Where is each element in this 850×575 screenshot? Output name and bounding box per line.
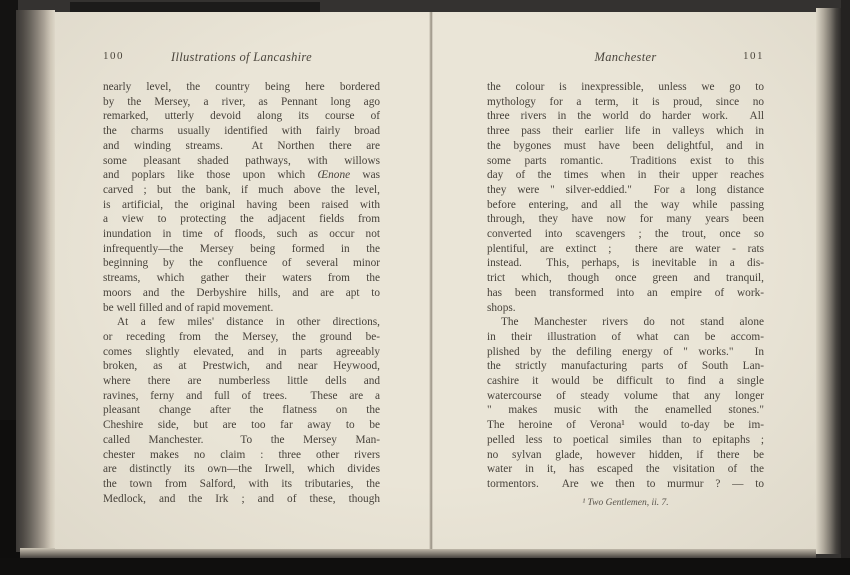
- text-line: ravines, ferny and full of trees. These …: [103, 389, 380, 404]
- text-line: they were " silver-eddied." For a long d…: [487, 183, 764, 198]
- book-gutter: [429, 12, 433, 549]
- page-number-right: 101: [743, 50, 764, 62]
- running-title-left: Illustrations of Lancashire: [103, 50, 380, 65]
- text-line: watercourse of steady volume that any lo…: [487, 389, 764, 404]
- text-line: has been transformed into an empire of w…: [487, 286, 764, 301]
- text-line: infrequently—the Mersey being formed in …: [103, 242, 380, 257]
- text-line: carved ; but the bank, if much above the…: [103, 183, 380, 198]
- text-line: pelled less to poetical similes than to …: [487, 433, 764, 448]
- text-line: cashire it would be difficult to find a …: [487, 374, 764, 389]
- open-book-photo: 100 Illustrations of Lancashire nearly l…: [0, 0, 850, 575]
- page-edges-right: [816, 8, 841, 554]
- text-line: some pleasant shaded pathways, with will…: [103, 154, 380, 169]
- text-line: The heroine of Verona¹ would to-day be i…: [487, 418, 764, 433]
- text-line: and winding streams. At Northen there ar…: [103, 139, 380, 154]
- photo-background-bottom: [0, 558, 850, 575]
- text-line: the bygones must have been delightful, a…: [487, 139, 764, 154]
- text-line: broken, as at Prestwich, and near Heywoo…: [103, 359, 380, 374]
- running-title-right: Manchester: [487, 50, 764, 65]
- text-line: nearly level, the country being here bor…: [103, 80, 380, 95]
- text-line: remarked, utterly devoid along its cours…: [103, 109, 380, 124]
- text-line: shops.: [487, 301, 764, 316]
- text-line: tormentors. Are we then to murmur ? — to: [487, 477, 764, 492]
- text-line: beginning by the confluence of several m…: [103, 256, 380, 271]
- text-line: plentiful, are extinct ; there are water…: [487, 242, 764, 257]
- text-line: Medlock, and the Irk ; and of these, tho…: [103, 492, 380, 507]
- page-text-right: the colour is inexpressible, unless we g…: [487, 80, 764, 492]
- text-line: the colour is inexpressible, unless we g…: [487, 80, 764, 95]
- text-line: plished by the defiling energy of " work…: [487, 345, 764, 360]
- text-line: moors and the Derbyshire hills, and are …: [103, 286, 380, 301]
- text-line: At a few miles' distance in other direct…: [103, 315, 380, 330]
- text-line: three pass their earlier life in valleys…: [487, 124, 764, 139]
- text-line: before entering, and all the way while p…: [487, 198, 764, 213]
- page-header-left: 100 Illustrations of Lancashire: [103, 50, 380, 66]
- text-line: are distinctly its own—the Irwell, which…: [103, 462, 380, 477]
- page-text-left: nearly level, the country being here bor…: [103, 80, 380, 506]
- text-line: through, they have now for many years be…: [487, 212, 764, 227]
- text-line: mythology for a term, it is proud, since…: [487, 95, 764, 110]
- book-spread: 100 Illustrations of Lancashire nearly l…: [55, 12, 816, 549]
- page-header-right: Manchester 101: [487, 50, 764, 66]
- text-line: day of the times when in their upper rea…: [487, 168, 764, 183]
- text-line: a view to protecting the adjacent fields…: [103, 212, 380, 227]
- page-right: Manchester 101 the colour is inexpressib…: [487, 12, 764, 549]
- text-line: The Manchester rivers do not stand alone: [487, 315, 764, 330]
- text-line: by the Mersey, a river, as Pennant long …: [103, 95, 380, 110]
- text-line: called Manchester. To the Mersey Man-: [103, 433, 380, 448]
- text-line: no sylvan glade, however hidden, if ther…: [487, 448, 764, 463]
- footnote: ¹ Two Gentlemen, ii. 7.: [487, 498, 764, 508]
- text-line: in their illustration of what can be acc…: [487, 330, 764, 345]
- text-line: be well filled and of rapid movement.: [103, 301, 380, 316]
- text-line: the strictly manufacturing parts of Sout…: [487, 359, 764, 374]
- text-line: is artificial, the original having been …: [103, 198, 380, 213]
- text-line: Cheshire side, but are too far away to b…: [103, 418, 380, 433]
- text-line: and poplars like those upon which Œnone …: [103, 168, 380, 183]
- text-line: some parts romantic. Traditions exist to…: [487, 154, 764, 169]
- text-line: inundation in time of floods, such as oc…: [103, 227, 380, 242]
- page-edges-left: [16, 10, 55, 552]
- text-line: instead. This, perhaps, is inevitable in…: [487, 256, 764, 271]
- photo-background-right: [841, 0, 850, 575]
- page-left: 100 Illustrations of Lancashire nearly l…: [103, 12, 380, 549]
- text-line: the charms usually identified with fairl…: [103, 124, 380, 139]
- text-line: trict which, though once green and tranq…: [487, 271, 764, 286]
- text-line: converted into scavengers ; the trout, o…: [487, 227, 764, 242]
- text-line: where there are numberless little dells …: [103, 374, 380, 389]
- text-line: pleasant change after the flatness on th…: [103, 403, 380, 418]
- text-line: water in it, has escaped the visitation …: [487, 462, 764, 477]
- text-line: three rivers in the world do harder work…: [487, 109, 764, 124]
- text-line: comes slightly elevated, and in parts ag…: [103, 345, 380, 360]
- text-line: streams, which gather their waters from …: [103, 271, 380, 286]
- text-line: " makes music with the enamelled stones.…: [487, 403, 764, 418]
- text-line: chester makes no claim : three other riv…: [103, 448, 380, 463]
- photo-background-top: [70, 2, 320, 12]
- text-line: or receding from the Mersey, the ground …: [103, 330, 380, 345]
- text-line: the town from Salford, with its tributar…: [103, 477, 380, 492]
